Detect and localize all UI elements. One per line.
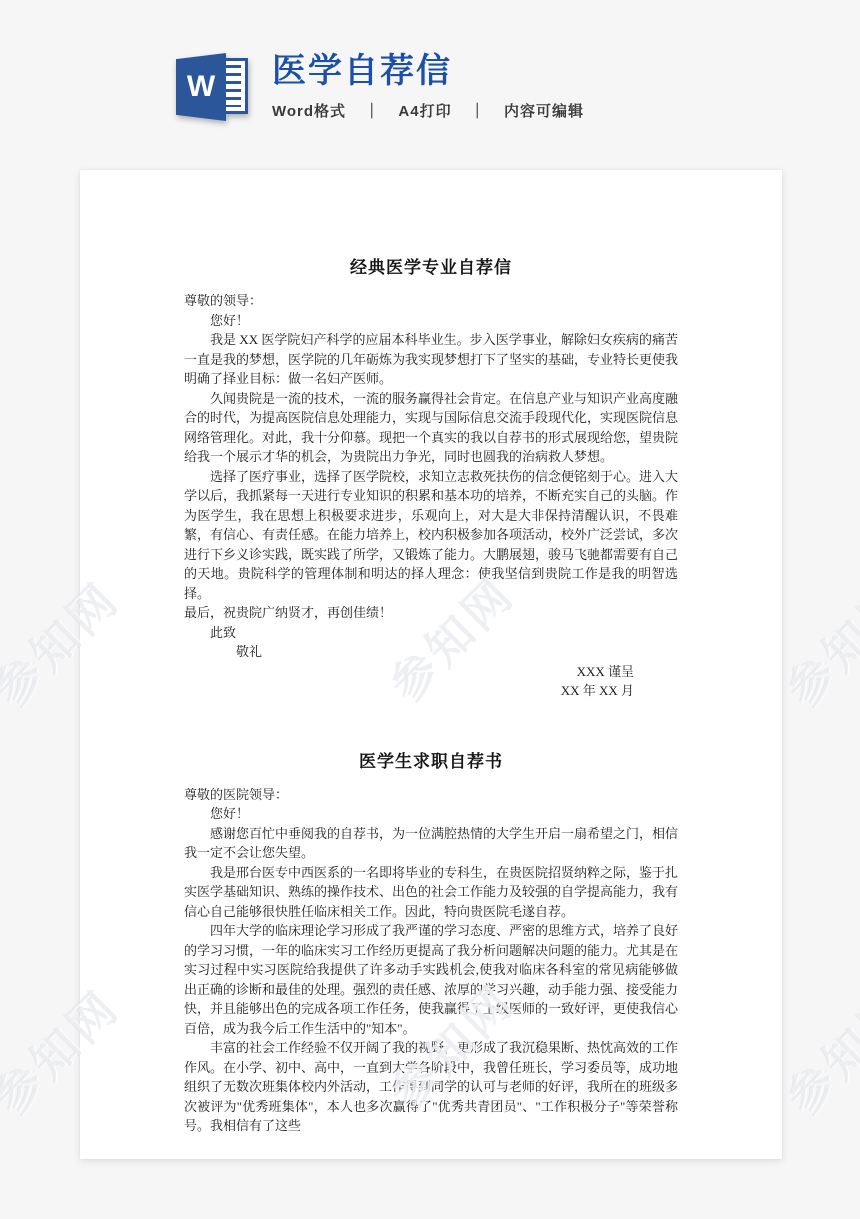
document-page: 经典医学专业自荐信尊敬的领导：您好！我是 XX 医学院妇产科学的应届本科毕业生。… (80, 170, 782, 1159)
header-text: 医学自荐信 Word格式 ｜ A4打印 ｜ 内容可编辑 (272, 50, 584, 121)
letter-paragraph: 敬礼 (184, 642, 678, 662)
doc-meta: Word格式 ｜ A4打印 ｜ 内容可编辑 (272, 100, 584, 121)
letter-paragraph: 我是邢台医专中西医系的一名即将毕业的专科生，在贵医院招贤纳粹之际，鉴于扎实医学基… (184, 863, 678, 922)
letter: 经典医学专业自荐信尊敬的领导：您好！我是 XX 医学院妇产科学的应届本科毕业生。… (184, 256, 678, 701)
meta-item-editable: 内容可编辑 (504, 103, 584, 120)
doc-title: 医学自荐信 (272, 50, 584, 92)
letter-paragraph: 尊敬的医院领导： (184, 785, 678, 805)
letter-paragraph: 丰富的社会工作经验不仅开阔了我的视野，更形成了我沉稳果断、热忱高效的工作作风。在… (184, 1038, 678, 1136)
letter-paragraph: 久闻贵院是一流的技术，一流的服务赢得社会肯定。在信息产业与知识产业高度融合的时代… (184, 389, 678, 467)
letter-paragraph: 尊敬的领导： (184, 291, 678, 311)
letter-title: 医学生求职自荐书 (184, 750, 678, 774)
letter-paragraph: 最后，祝贵院广纳贤才，再创佳绩！ (184, 603, 678, 623)
meta-item-a4-print: A4打印 (398, 103, 451, 120)
letter-paragraph: 感谢您百忙中垂阅我的自荐书，为一位满腔热情的大学生开启一扇希望之门，相信我一定不… (184, 824, 678, 863)
watermark: 参知网 (770, 565, 860, 720)
letter-paragraph: XXX 谨呈 (184, 662, 678, 682)
meta-separator: ｜ (364, 103, 380, 120)
word-icon-letter: W (187, 70, 215, 104)
letter-paragraph: 四年大学的临床理论学习形成了我严谨的学习态度、严密的思维方式，培养了良好的学习习… (184, 921, 678, 1038)
header: W 医学自荐信 Word格式 ｜ A4打印 ｜ 内容可编辑 (170, 50, 584, 126)
letter-paragraph: 您好！ (184, 804, 678, 824)
page-background: { "header": { "title": "医学自荐信", "title_c… (0, 0, 860, 1219)
letter-paragraph: XX 年 XX 月 (184, 681, 678, 701)
letter-title: 经典医学专业自荐信 (184, 256, 678, 280)
letter-paragraph: 此致 (184, 623, 678, 643)
watermark: 参知网 (770, 973, 860, 1128)
meta-item-word-format: Word格式 (272, 103, 346, 120)
letter-paragraph: 我是 XX 医学院妇产科学的应届本科毕业生。步入医学事业，解除妇女疾病的痛苦一直… (184, 330, 678, 389)
meta-separator: ｜ (470, 103, 486, 120)
word-icon: W (170, 50, 256, 126)
letter-paragraph: 选择了医疗事业，选择了医学院校，求知立志救死扶伤的信念便铭刻于心。进入大学以后，… (184, 467, 678, 604)
word-icon-front-panel: W (176, 53, 226, 121)
letter-paragraph: 您好！ (184, 311, 678, 331)
letter: 医学生求职自荐书尊敬的医院领导：您好！感谢您百忙中垂阅我的自荐书，为一位满腔热情… (184, 750, 678, 1136)
